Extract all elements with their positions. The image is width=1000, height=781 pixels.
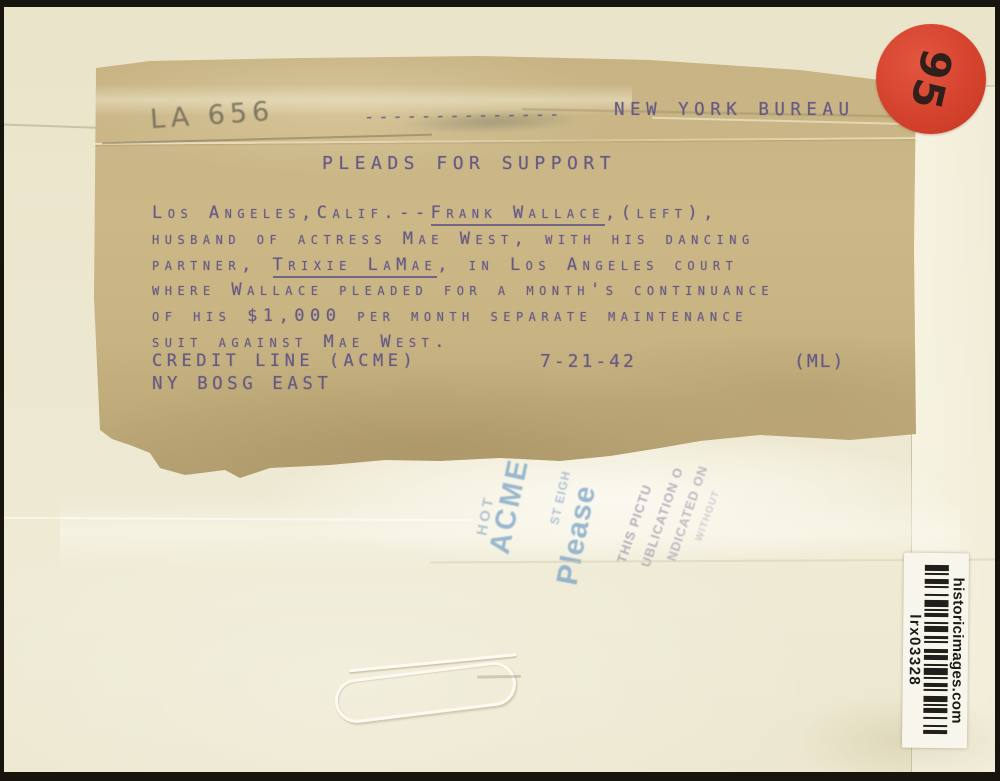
caption-line: Los Angeles,Calif.--Frank Wallace,(left)…	[152, 201, 774, 227]
caption-date: 7-21-42	[540, 351, 637, 372]
editor-initials: (ML)	[794, 351, 845, 372]
barcode	[923, 564, 949, 736]
caption-text: , in Los Angeles court	[437, 255, 738, 275]
scan-edge	[0, 772, 1000, 781]
crease-line	[92, 137, 920, 145]
bureau-office-code: NY BOSG EAST	[152, 374, 332, 394]
caption-text: suit against Mae West.	[152, 332, 450, 352]
barcode-gap	[923, 734, 947, 736]
caption-text: husband of actress Mae West, with his da…	[152, 229, 755, 249]
press-photo-back: HOTACMEST EIGHPleaseTHIS PICTUUBLICATION…	[0, 0, 1000, 781]
caption-text: partner,	[152, 255, 273, 275]
caption-line: of his $1,000 per month separate mainten…	[152, 304, 774, 330]
credit-line-label: CREDIT LINE (ACME)	[152, 351, 417, 371]
caption-line: partner, Trixie LaMae, in Los Angeles co…	[152, 253, 774, 279]
red-lot-sticker: 95	[876, 24, 986, 134]
lot-number: 95	[900, 44, 961, 114]
scan-edge	[0, 0, 1000, 7]
caption-text: where Wallace pleaded for a month's cont…	[152, 280, 774, 300]
scan-edge	[0, 0, 4, 781]
caption-text: ,(left),	[605, 203, 719, 223]
caption-text: Los Angeles,Calif.--	[152, 203, 431, 223]
caption-slip: LA 656 -------------- NEW YORK BUREAU PL…	[92, 54, 920, 480]
underlined-name: Frank Wallace	[431, 203, 605, 226]
credit-line-row: CREDIT LINE (ACME) 7-21-42 (ML)	[92, 351, 920, 375]
scan-edge	[995, 0, 1000, 781]
bureau-label: NEW YORK BUREAU	[614, 100, 855, 120]
archive-website: historicimages.com	[948, 578, 967, 724]
typed-dashes: --------------	[364, 105, 564, 128]
caption-headline: PLEADS FOR SUPPORT	[322, 153, 616, 174]
archive-barcode-sticker: historicimages.com lrx03328	[902, 553, 969, 749]
caption-text: of his $1,000 per month separate mainten…	[152, 306, 748, 326]
underlined-name: Trixie LaMae	[273, 255, 438, 278]
archive-code: lrx03328	[906, 614, 924, 686]
paper-clip-impression	[327, 646, 529, 731]
caption-line: husband of actress Mae West, with his da…	[152, 227, 774, 253]
caption-line: where Wallace pleaded for a month's cont…	[152, 278, 774, 304]
caption-body-text: Los Angeles,Calif.--Frank Wallace,(left)…	[152, 201, 774, 356]
